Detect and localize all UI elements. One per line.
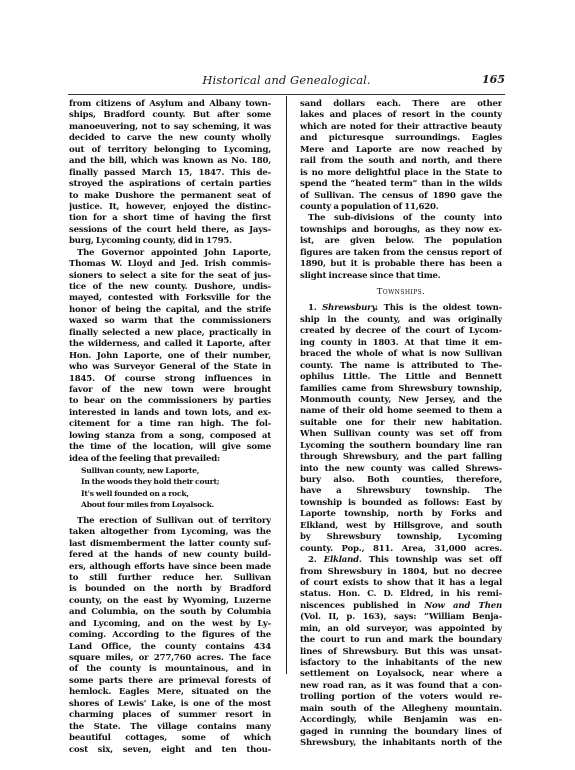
text-line: from citizens of Asylum and Albany town- xyxy=(69,99,271,110)
text-line: citement for a time ran high. The fol- xyxy=(69,419,271,430)
text-line: sand dollars each. There are other xyxy=(300,99,502,110)
text-line: from Shrewsbury in 1804, but no decree xyxy=(300,567,502,578)
text-line: manoeuvering, not to say scheming, it wa… xyxy=(69,122,271,133)
text-line: of court exists to show that it has a le… xyxy=(300,578,502,589)
text-line: 1845. Of course strong influences in xyxy=(69,374,271,385)
text-line: townships and boroughs, as they now ex- xyxy=(300,225,502,236)
text-line: into the new county was called Shrews- xyxy=(300,464,502,475)
text-line: main south of the Allegheny mountain. xyxy=(300,704,502,715)
text-line: figures are taken from the census report… xyxy=(300,248,502,259)
text-line: to make Dushore the permanent seat of xyxy=(69,191,271,202)
text-line: min, an old surveyor, was appointed by xyxy=(300,624,502,635)
text-line: county, on the east by Wyoming, Luzerne xyxy=(69,596,271,607)
right-column: sand dollars each. There are other lakes… xyxy=(300,99,502,750)
text-line: is bounded on the north by Bradford xyxy=(69,584,271,595)
text-line: new road ran, as it was found that a con… xyxy=(300,681,502,692)
text-line: Accordingly, while Benjamin was en- xyxy=(300,715,502,726)
text-line: taken altogether from Lycoming, was the xyxy=(69,527,271,538)
text-line: county. The name is attributed to The- xyxy=(300,361,502,372)
text-line: created by decree of the court of Lycom- xyxy=(300,326,502,337)
text-line: idea of the feeling that prevailed: xyxy=(69,454,271,465)
township-name-shrewsbury: Shrewsbury. xyxy=(322,303,378,313)
paragraph-start: The erection of Sullivan out of territor… xyxy=(69,516,271,527)
text-line: 1890, but it is probable there has been … xyxy=(300,259,502,270)
text-line: of the county is mountainous, and in xyxy=(69,664,271,675)
text-line: rail from the south and north, and there xyxy=(300,156,502,167)
text-line: to still further reduce her. Sullivan xyxy=(69,573,271,584)
paragraph-start: The sub-divisions of the county into xyxy=(300,213,502,224)
text-line: township is bounded as follows: East by xyxy=(300,498,502,509)
text-line: favor of the new town were brought xyxy=(69,385,271,396)
text-line: shores of Lewis' Lake, is one of the mos… xyxy=(69,699,271,710)
text-line: sessions of the court held there, as Jay… xyxy=(69,225,271,236)
text-line: finally passed March 15, 1847. This de- xyxy=(69,168,271,179)
text-line: Thomas W. Lloyd and Jed. Irish commis- xyxy=(69,259,271,270)
text-line: Shrewsbury, the inhabitants north of the xyxy=(300,738,502,749)
header-rule xyxy=(68,94,505,95)
text-line: burg, Lycoming county, did in 1795. xyxy=(69,236,271,247)
text-line: out of territory belonging to Lycoming, xyxy=(69,145,271,156)
text-line: stroyed the aspirations of certain parti… xyxy=(69,179,271,190)
text-line: beautiful cottages, some of which xyxy=(69,733,271,744)
text-line: ships, Bradford county. But after some xyxy=(69,110,271,121)
text-line: lowing stanza from a song, composed at xyxy=(69,431,271,442)
left-column: from citizens of Asylum and Albany town-… xyxy=(69,99,271,756)
text-line: isfactory to the inhabitants of the new xyxy=(300,658,502,669)
text-line: coming. According to the figures of the xyxy=(69,630,271,641)
text-line: trolling portion of the voters would re- xyxy=(300,692,502,703)
text-line: families came from Shrewsbury township, xyxy=(300,384,502,395)
text-line: sioners to select a site for the seat of… xyxy=(69,271,271,282)
text-line: Laporte township, north by Forks and xyxy=(300,509,502,520)
running-title: Historical and Genealogical. xyxy=(68,73,505,87)
text-line: of Sullivan. The census of 1890 gave the xyxy=(300,191,502,202)
column-divider xyxy=(286,96,287,674)
text-line: and the bill, which was known as No. 180… xyxy=(69,156,271,167)
text-line: waxed so warm that the commissioners xyxy=(69,316,271,327)
text-line: justice. It, however, enjoyed the distin… xyxy=(69,202,271,213)
text-line: is no more delightful place in the State… xyxy=(300,168,502,179)
verse-line: Sullivan county, new Laporte, xyxy=(69,465,271,476)
text-line: by Shrewsbury township, Lycoming xyxy=(300,532,502,543)
text-line: county a population of 11,620. xyxy=(300,202,502,213)
paragraph-start: 2. Elkland. This township was set off xyxy=(300,555,502,566)
text-line: spend the “heated term” than in the wild… xyxy=(300,179,502,190)
text-line: ist, are given below. The population xyxy=(300,236,502,247)
text-line: Monmouth county, New Jersey, and the xyxy=(300,395,502,406)
text-line: gaged in running the boundary lines of xyxy=(300,727,502,738)
text-line: lines of Shrewsbury. But this was unsat- xyxy=(300,647,502,658)
text-line: ship in the county, and was originally xyxy=(300,315,502,326)
text-line: the wilderness, and called it Laporte, a… xyxy=(69,339,271,350)
text-line: finally selected a new place, practicall… xyxy=(69,328,271,339)
text-line: Lycoming the southern boundary line ran xyxy=(300,441,502,452)
text-line: niscences published in Now and Then xyxy=(300,601,502,612)
text-line: lakes and places of resort in the county xyxy=(300,110,502,121)
text-line: who was Surveyor General of the State in xyxy=(69,362,271,373)
text-line: tice of the new county. Dushore, undis- xyxy=(69,282,271,293)
text-line: cost six, seven, eight and ten thou- xyxy=(69,745,271,756)
text-line: tion for a short time of having the firs… xyxy=(69,213,271,224)
text-line: the court to run and mark the boundary xyxy=(300,635,502,646)
text-line: some parts there are primeval forests of xyxy=(69,676,271,687)
text-line: county. Pop., 811. Area, 31,000 acres. xyxy=(300,544,502,555)
page-number: 165 xyxy=(482,73,505,86)
publication-title: Now and Then xyxy=(424,601,502,611)
text-line: ers, although efforts have since been ma… xyxy=(69,562,271,573)
text-line: charming places of summer resort in xyxy=(69,710,271,721)
text-line: last dismemberment the latter county suf… xyxy=(69,539,271,550)
text-line: braced the whole of what is now Sullivan xyxy=(300,349,502,360)
text-line: Mere and Laporte are now reached by xyxy=(300,145,502,156)
paragraph-start: 1. Shrewsbury. This is the oldest town- xyxy=(300,303,502,314)
running-header: Historical and Genealogical. 165 xyxy=(68,73,505,89)
text-line: honor of being the capital, and the stri… xyxy=(69,305,271,316)
verse-line: About four miles from Loyalsock. xyxy=(69,499,271,510)
verse-line: In the woods they hold their court; xyxy=(69,476,271,487)
text-line: decided to carve the new county wholly xyxy=(69,133,271,144)
text-line: When Sullivan county was set off from xyxy=(300,429,502,440)
text-line: bury also. Both counties, therefore, xyxy=(300,475,502,486)
text-line: ophilus Little. The Little and Bennett xyxy=(300,372,502,383)
text-line: interested in lands and town lots, and e… xyxy=(69,408,271,419)
text-line: status. Hon. C. D. Eldred, in his remi- xyxy=(300,589,502,600)
text-line: (Vol. II, p. 163), says: “William Benja- xyxy=(300,612,502,623)
text-line: suitable one for their new habitation. xyxy=(300,418,502,429)
text-line: Elkland, west by Hillsgrove, and south xyxy=(300,521,502,532)
text-line: to bear on the commissioners by parties xyxy=(69,396,271,407)
text-line: have a Shrewsbury township. The xyxy=(300,486,502,497)
township-name-elkland: Elkland. xyxy=(324,555,362,565)
text-line: ing county in 1803. At that time it em- xyxy=(300,338,502,349)
text-line: hemlock. Eagles Mere, situated on the xyxy=(69,687,271,698)
text-line: and Lycoming, and on the west by Ly- xyxy=(69,619,271,630)
verse-line: It's well founded on a rock, xyxy=(69,488,271,499)
text-line: Hon. John Laporte, one of their number, xyxy=(69,351,271,362)
text-line: mayed, contested with Forksville for the xyxy=(69,293,271,304)
text-line: the time of the location, will give some xyxy=(69,442,271,453)
book-page: Historical and Genealogical. 165 from ci… xyxy=(0,0,575,770)
text-line: and picturesque surroundings. Eagles xyxy=(300,133,502,144)
text-line: settlement on Loyalsock, near where a xyxy=(300,669,502,680)
text-line: Land Office, the county contains 434 xyxy=(69,642,271,653)
text-line: square miles, or 277,760 acres. The face xyxy=(69,653,271,664)
text-line: the State. The village contains many xyxy=(69,722,271,733)
text-line: which are noted for their attractive bea… xyxy=(300,122,502,133)
text-line: through Shrewsbury, and the part falling xyxy=(300,452,502,463)
text-line: and Columbia, on the south by Columbia xyxy=(69,607,271,618)
section-heading-townships: Townships. xyxy=(300,287,502,298)
paragraph-start: The Governor appointed John Laporte, xyxy=(69,248,271,259)
text-line: fered at the hands of new county build- xyxy=(69,550,271,561)
text-line: name of their old home seemed to them a xyxy=(300,406,502,417)
text-line: slight increase since that time. xyxy=(300,271,502,282)
